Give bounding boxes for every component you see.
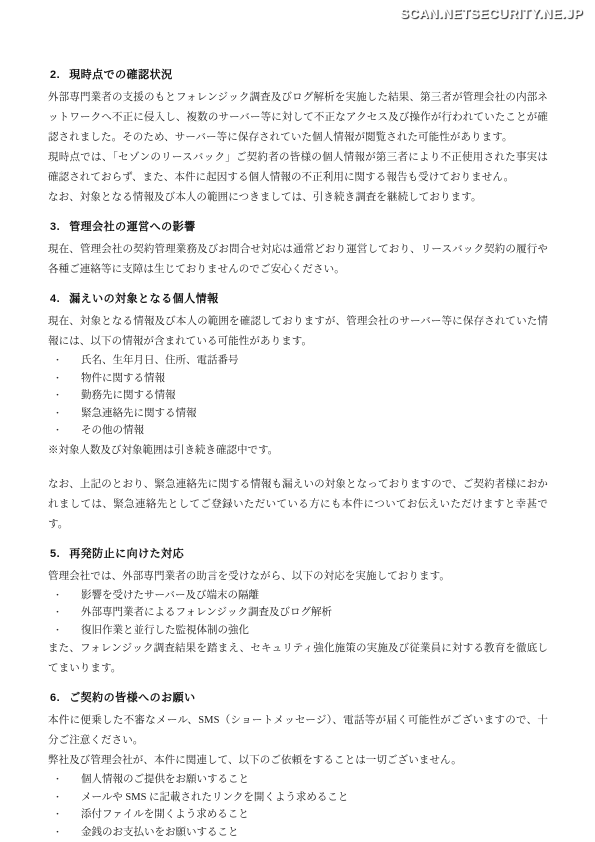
list-item: ・その他の情報	[48, 422, 548, 440]
section-number: 5.	[50, 548, 60, 560]
bullet-icon: ・	[48, 587, 81, 605]
list-item-text: メールや SMS に記載されたリンクを開くよう求めること	[81, 789, 348, 807]
list-item: ・外部専門業者によるフォレンジック調査及びログ解析	[48, 604, 548, 622]
list-item-text: その他の情報	[81, 422, 144, 440]
bullet-icon: ・	[48, 806, 81, 824]
list-item-text: 添付ファイルを開くよう求めること	[81, 806, 249, 824]
list-item: ・氏名、生年月日、住所、電話番号	[48, 352, 548, 370]
section-title: 管理会社の運営への影響	[69, 221, 196, 233]
list-item: ・影響を受けたサーバー及び端末の隔離	[48, 587, 548, 605]
document-content: 2.現時点での確認状況 外部専門業者の支援のもとフォレンジック調査及びログ解析を…	[48, 68, 548, 841]
paragraph: また、フォレンジック調査結果を踏まえ、セキュリティ強化施策の実施及び従業員に対す…	[48, 639, 548, 679]
bullet-icon: ・	[48, 405, 81, 423]
paragraph: 現在、管理会社の契約管理業務及びお問合せ対応は通常どおり運営しており、リースバッ…	[48, 240, 548, 280]
list-item-text: 緊急連絡先に関する情報	[81, 405, 197, 423]
list-item-text: 物件に関する情報	[81, 370, 165, 388]
section-title: 再発防止に向けた対応	[69, 548, 184, 560]
bullet-icon: ・	[48, 771, 81, 789]
bullet-icon: ・	[48, 387, 81, 405]
list-item-text: 影響を受けたサーバー及び端末の隔離	[81, 587, 259, 605]
paragraph: 現在、対象となる情報及び本人の範囲を確認しておりますが、管理会社のサーバー等に保…	[48, 312, 548, 352]
list-item: ・添付ファイルを開くよう求めること	[48, 806, 548, 824]
list-item-text: 外部専門業者によるフォレンジック調査及びログ解析	[81, 604, 332, 622]
paragraph: 外部専門業者の支援のもとフォレンジック調査及びログ解析を実施した結果、第三者が管…	[48, 88, 548, 148]
section-heading: 3.管理会社の運営への影響	[50, 220, 548, 235]
section-heading: 5.再発防止に向けた対応	[50, 547, 548, 562]
watermark: SCAN.NETSECURITY.NE.JP	[400, 6, 583, 21]
section-number: 4.	[50, 293, 60, 305]
paragraph: なお、上記のとおり、緊急連絡先に関する情報も漏えいの対象となっておりますので、ご…	[48, 475, 548, 535]
bullet-icon: ・	[48, 370, 81, 388]
list-item-text: 個人情報のご提供をお願いすること	[81, 771, 249, 789]
bullet-icon: ・	[48, 604, 81, 622]
bullet-icon: ・	[48, 422, 81, 440]
section-title: 漏えいの対象となる個人情報	[69, 293, 219, 305]
list-item: ・金銭のお支払いをお願いすること	[48, 824, 548, 842]
list-item-text: 復旧作業と並行した監視体制の強化	[81, 622, 249, 640]
bullet-icon: ・	[48, 789, 81, 807]
list-item-text: 勤務先に関する情報	[81, 387, 176, 405]
section-heading: 4.漏えいの対象となる個人情報	[50, 292, 548, 307]
section-number: 3.	[50, 221, 60, 233]
list-item: ・物件に関する情報	[48, 370, 548, 388]
list-item-text: 氏名、生年月日、住所、電話番号	[81, 352, 239, 370]
paragraph: なお、対象となる情報及び本人の範囲につきましては、引き続き調査を継続しております…	[48, 188, 548, 208]
list-item: ・個人情報のご提供をお願いすること	[48, 771, 548, 789]
bullet-icon: ・	[48, 352, 81, 370]
list-item: ・勤務先に関する情報	[48, 387, 548, 405]
section-rouei-taishou: 4.漏えいの対象となる個人情報 現在、対象となる情報及び本人の範囲を確認しており…	[48, 292, 548, 535]
paragraph: 本件に便乗した不審なメール、SMS（ショートメッセージ）、電話等が届く可能性がご…	[48, 711, 548, 751]
list-item: ・メールや SMS に記載されたリンクを開くよう求めること	[48, 789, 548, 807]
list-item: ・緊急連絡先に関する情報	[48, 405, 548, 423]
paragraph: 管理会社では、外部専門業者の助言を受けながら、以下の対応を実施しております。	[48, 567, 548, 587]
bullet-icon: ・	[48, 622, 81, 640]
section-title: ご契約の皆様へのお願い	[69, 692, 196, 704]
section-number: 6.	[50, 692, 60, 704]
document-page: SCAN.NETSECURITY.NE.JP 2.現時点での確認状況 外部専門業…	[0, 0, 595, 842]
section-heading: 2.現時点での確認状況	[50, 68, 548, 83]
section-onegai: 6.ご契約の皆様へのお願い 本件に便乗した不審なメール、SMS（ショートメッセー…	[48, 691, 548, 841]
section-unei-eikyou: 3.管理会社の運営への影響 現在、管理会社の契約管理業務及びお問合せ対応は通常ど…	[48, 220, 548, 280]
paragraph: 現時点では、「セゾンのリースバック」ご契約者の皆様の個人情報が第三者により不正使…	[48, 148, 548, 188]
note: ※対象人数及び対象範囲は引き続き確認中です。	[48, 441, 548, 460]
paragraph: 弊社及び管理会社が、本件に関連して、以下のご依頼をすることは一切ございません。	[48, 751, 548, 771]
section-heading: 6.ご契約の皆様へのお願い	[50, 691, 548, 706]
bullet-icon: ・	[48, 824, 81, 842]
section-saihatsu-boushi: 5.再発防止に向けた対応 管理会社では、外部専門業者の助言を受けながら、以下の対…	[48, 547, 548, 680]
section-title: 現時点での確認状況	[69, 69, 173, 81]
list-item: ・復旧作業と並行した監視体制の強化	[48, 622, 548, 640]
list-item-text: 金銭のお支払いをお願いすること	[81, 824, 239, 842]
section-kakunin-joukyou: 2.現時点での確認状況 外部専門業者の支援のもとフォレンジック調査及びログ解析を…	[48, 68, 548, 208]
section-number: 2.	[50, 69, 60, 81]
